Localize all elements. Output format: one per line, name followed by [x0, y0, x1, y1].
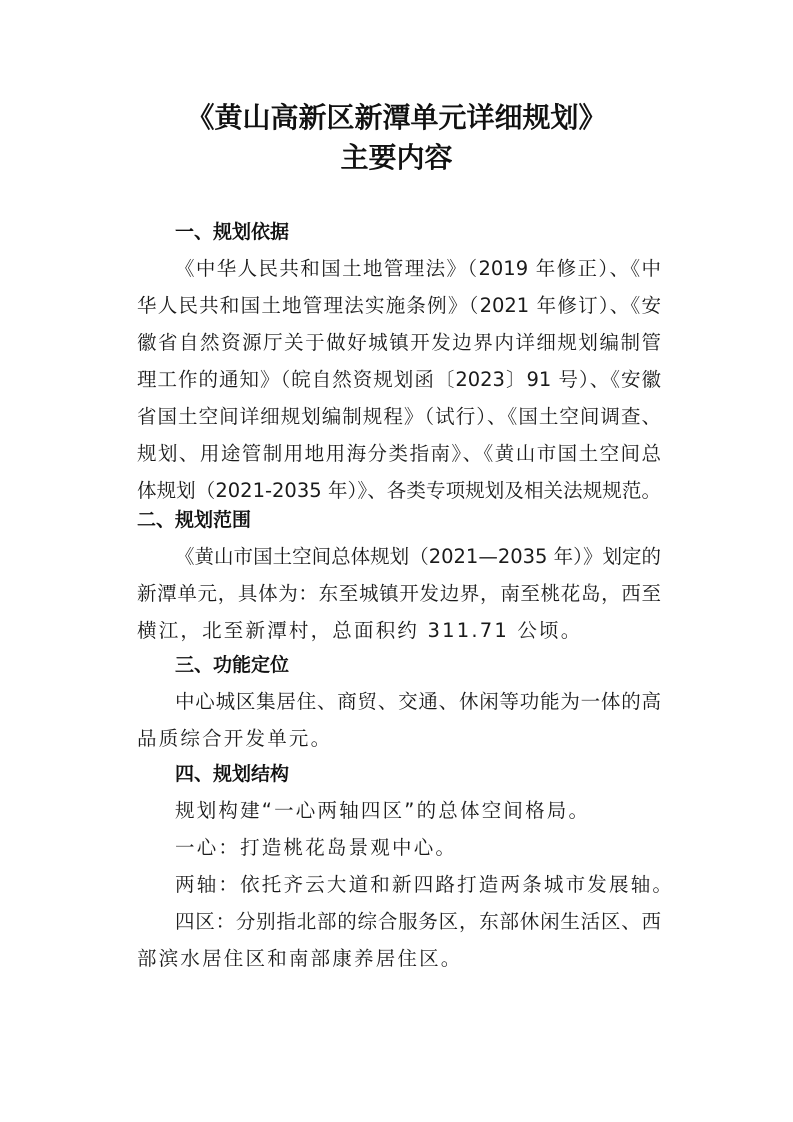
paragraph-line: 《黄山市国土空间总体规划（2021—2035 年）》划定的: [175, 543, 661, 571]
paragraph-line: 品质综合开发单元。: [137, 725, 661, 753]
document-subtitle: 主要内容: [0, 140, 793, 176]
section-heading-structure: 四、规划结构: [175, 760, 289, 788]
section-heading-basis: 一、规划依据: [175, 218, 289, 246]
paragraph-line: 横江，北至新潭村，总面积约 311.71 公顷。: [137, 617, 661, 645]
paragraph-line: 省国土空间详细规划编制规程》（试行）、《国土空间调查、: [137, 403, 661, 431]
paragraph-line: 规划、用途管制用地用海分类指南》、《黄山市国土空间总: [137, 440, 661, 468]
document-page: 《黄山高新区新潭单元详细规划》 主要内容 一、规划依据 《中华人民共和国土地管理…: [0, 0, 793, 1122]
paragraph-line: 《中华人民共和国土地管理法》（2019 年修正）、《中: [175, 255, 661, 283]
paragraph-line: 华人民共和国土地管理法实施条例》（2021 年修订）、《安: [137, 292, 661, 320]
paragraph-line: 一心：打造桃花岛景观中心。: [175, 834, 661, 862]
paragraph-line: 新潭单元，具体为：东至城镇开发边界，南至桃花岛，西至: [137, 580, 661, 608]
paragraph-line: 理工作的通知》（皖自然资规划函〔2023〕91 号）、《安徽: [137, 366, 661, 394]
paragraph-line: 四区：分别指北部的综合服务区，东部休闲生活区、西: [175, 908, 661, 936]
paragraph-line: 部滨水居住区和南部康养居住区。: [137, 945, 661, 973]
paragraph-line: 规划构建“一心两轴四区”的总体空间格局。: [175, 797, 661, 825]
section-heading-positioning: 三、功能定位: [175, 651, 289, 679]
paragraph-line: 徽省自然资源厅关于做好城镇开发边界内详细规划编制管: [137, 329, 661, 357]
document-title: 《黄山高新区新潭单元详细规划》: [0, 100, 793, 136]
paragraph-line: 体规划（2021-2035 年）》、各类专项规划及相关法规规范。: [137, 477, 661, 505]
paragraph-line: 两轴：依托齐云大道和新四路打造两条城市发展轴。: [175, 871, 661, 899]
paragraph-line: 中心城区集居住、商贸、交通、休闲等功能为一体的高: [175, 688, 661, 716]
section-heading-scope: 二、规划范围: [137, 506, 251, 534]
